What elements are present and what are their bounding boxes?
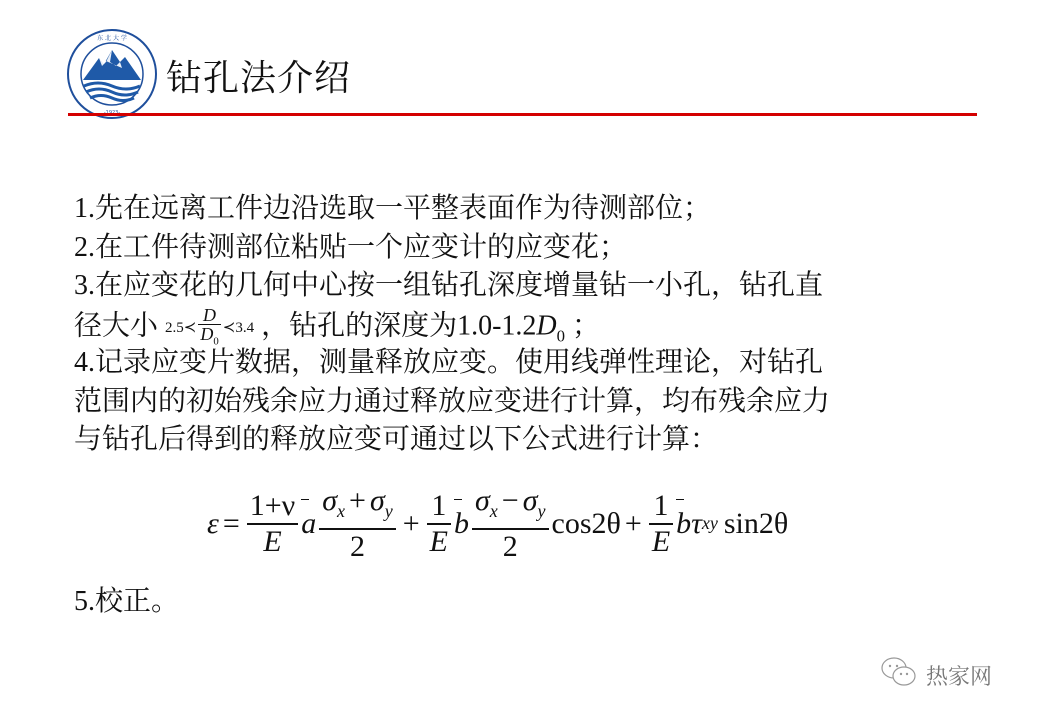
watermark-text: 热家网 — [926, 660, 992, 691]
step-4-line-3: 与钻孔后得到的释放应变可通过以下公式进行计算： — [74, 421, 954, 460]
steps-list: 1.先在远离工件边沿选取一平整表面作为待测部位； 2.在工件待测部位粘贴一个应变… — [74, 190, 954, 460]
step-5: 5.校正。 — [74, 579, 179, 619]
title-divider — [68, 113, 977, 116]
strain-formula: ε = 1+ν E a σx+σy 2 + 1 E b σx−σy 2 cos2… — [207, 484, 788, 564]
university-logo: 东 北 大 学 -1923- — [66, 28, 158, 120]
step-4-line-2: 范围内的初始残余应力通过释放应变进行计算，均布残余应力 — [74, 383, 954, 422]
page-title: 钻孔法介绍 — [166, 50, 351, 101]
step-3-line-1: 3.在应变花的几何中心按一组钻孔深度增量钻一小孔，钻孔直 — [74, 267, 954, 306]
svg-text:东 北 大 学: 东 北 大 学 — [97, 34, 127, 42]
watermark: 热家网 — [880, 656, 992, 694]
step-3-line-2: 径大小 2.5 ≺ D D0 ≺ 3.4 ，钻孔的深度为1.0-1.2D0 ； — [74, 306, 954, 345]
step-4-line-1: 4.记录应变片数据，测量释放应变。使用线弹性理论，对钻孔 — [74, 344, 954, 383]
wechat-icon — [880, 656, 920, 694]
step-1: 1.先在远离工件边沿选取一平整表面作为待测部位； — [74, 190, 954, 229]
step-2: 2.在工件待测部位粘贴一个应变计的应变花； — [74, 229, 954, 268]
